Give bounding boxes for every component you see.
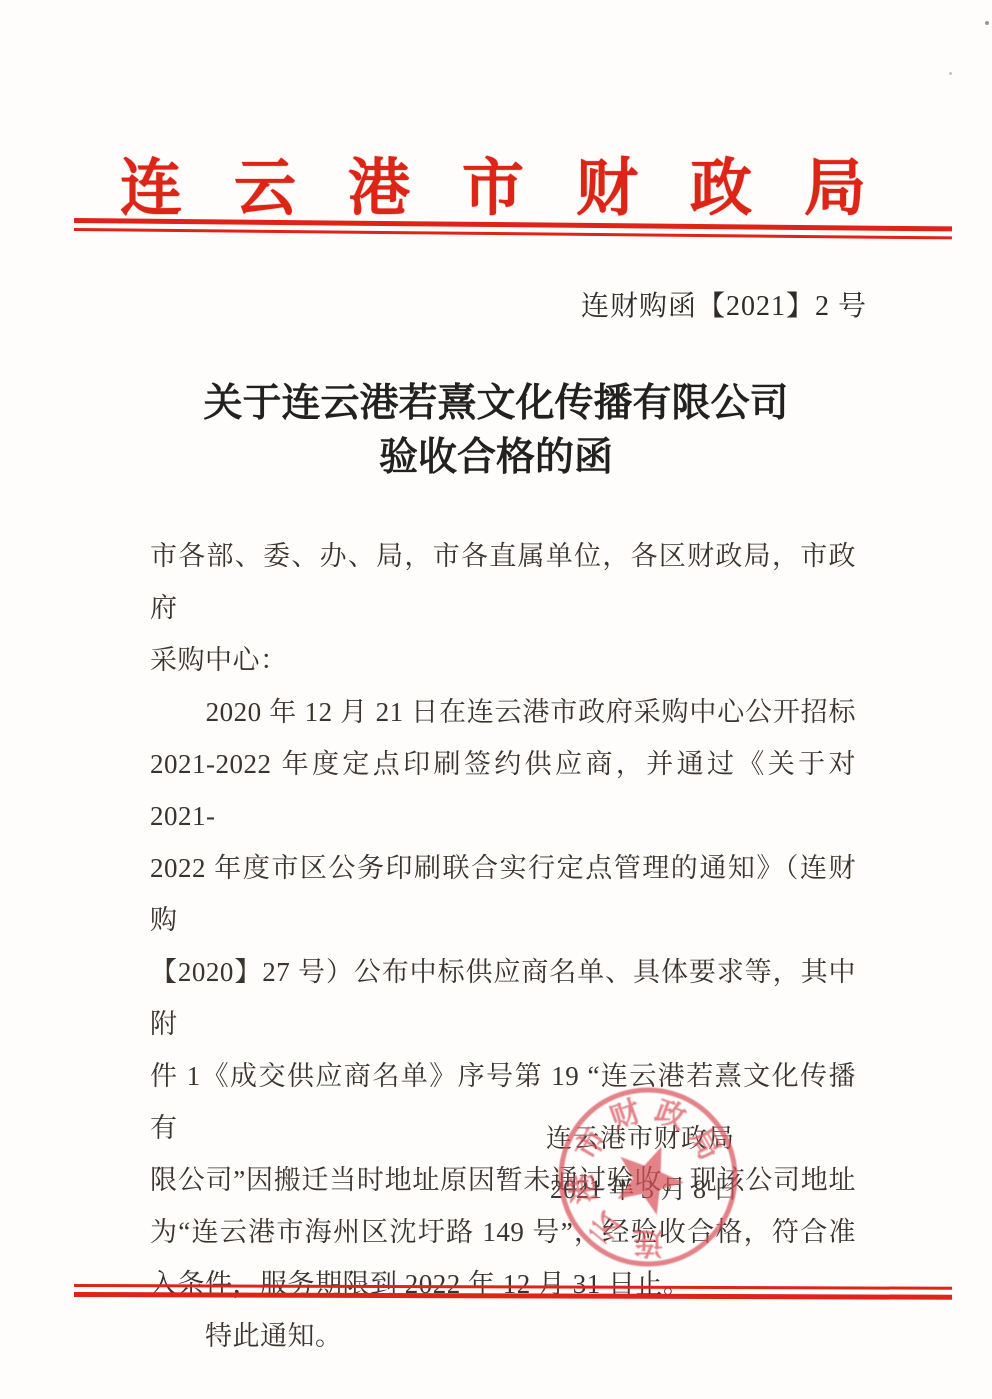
seal-char: 财 xyxy=(606,1095,645,1136)
scan-speck xyxy=(985,21,989,25)
document-title-line2: 验收合格的函 xyxy=(0,431,992,485)
document-title-line1: 关于连云港若熹文化传播有限公司 xyxy=(0,377,992,431)
body-line: 【2020】27 号）公布中标供应商名单、具体要求等，其中附 xyxy=(150,946,856,1050)
body-line: 采购中心： xyxy=(150,634,856,686)
body-line: 2020 年 12 月 21 日在连云港市政府采购中心公开招标 xyxy=(150,686,856,738)
body-line: 限公司”因搬迁当时地址原因暂未通过验收。现该公司地址 xyxy=(150,1154,856,1206)
body-line: 件 1《成交供应商名单》序号第 19 “连云港若熹文化传播有 xyxy=(150,1050,856,1154)
body-line: 市各部、委、办、局，市各直属单位，各区财政局，市政府 xyxy=(150,530,856,634)
body-line: 特此通知。 xyxy=(150,1310,856,1362)
body-line: 2022 年度市区公务印刷联合实行定点管理的通知》（连财购 xyxy=(150,842,856,946)
document-title: 关于连云港若熹文化传播有限公司 验收合格的函 xyxy=(0,377,992,485)
document-body: 市各部、委、办、局，市各直属单位，各区财政局，市政府 采购中心： 2020 年 … xyxy=(150,530,856,1362)
seal-char: 连 xyxy=(633,1226,663,1259)
scan-speck xyxy=(949,72,952,75)
seal-char: 港 xyxy=(565,1171,603,1206)
document-page: 连云港市财政局 连财购函【2021】2 号 关于连云港若熹文化传播有限公司 验收… xyxy=(0,0,992,1399)
official-seal: 连 云 港 市 财 政 局 xyxy=(548,1077,748,1277)
seal-star xyxy=(605,1134,693,1220)
letterhead-agency-title: 连云港市财政局 xyxy=(120,138,918,227)
document-number: 连财购函【2021】2 号 xyxy=(581,284,867,324)
body-line: 为“连云港市海州区沈圩路 149 号”，经验收合格，符合准 xyxy=(150,1206,856,1258)
body-line: 2021-2022 年度定点印刷签约供应商，并通过《关于对 2021- xyxy=(150,738,856,842)
seal-char: 政 xyxy=(651,1095,690,1136)
